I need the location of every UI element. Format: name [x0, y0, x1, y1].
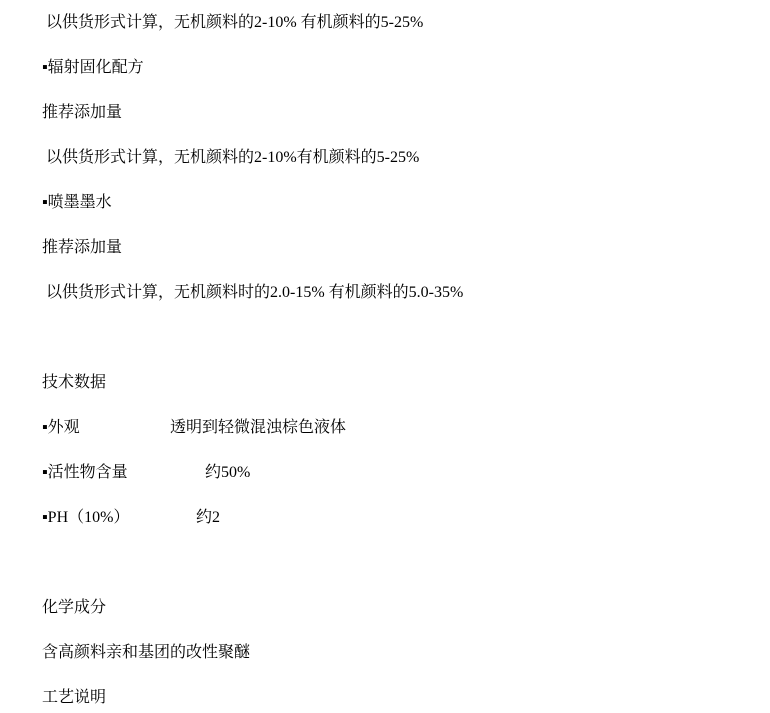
- dosage-note-radiation: 以供货形式计算，无机颜料的2-10%有机颜料的5-25%: [42, 135, 770, 180]
- spec-value: 约50%: [205, 450, 250, 495]
- document-lines: 以供货形式计算，无机颜料的2-10% 有机颜料的5-25%▪辐射固化配方推荐添加…: [42, 0, 770, 713]
- line-text: 推荐添加量: [42, 239, 122, 256]
- spec-label: ▪PH（10%）: [42, 509, 129, 526]
- line-text: 以供货形式计算，无机颜料的2-10% 有机颜料的5-25%: [42, 14, 423, 31]
- spec-label: ▪活性物含量: [42, 464, 128, 481]
- document-page: 以供货形式计算，无机颜料的2-10% 有机颜料的5-25%▪辐射固化配方推荐添加…: [0, 0, 770, 713]
- line-text: ▪辐射固化配方: [42, 59, 144, 76]
- recommended-dosage-heading-2: 推荐添加量: [42, 225, 770, 270]
- line-text: 工艺说明: [42, 689, 106, 706]
- bullet-radiation-curing: ▪辐射固化配方: [42, 45, 770, 90]
- line-text: 推荐添加量: [42, 104, 122, 121]
- line-text: 以供货形式计算，无机颜料时的2.0-15% 有机颜料的5.0-35%: [42, 284, 463, 301]
- spec-value: 约2: [196, 495, 220, 540]
- recommended-dosage-heading-1: 推荐添加量: [42, 90, 770, 135]
- spec-appearance: ▪外观透明到轻微混浊棕色液体: [42, 405, 770, 450]
- spec-ph: ▪PH（10%）约2: [42, 495, 770, 540]
- line-text: ▪喷墨墨水: [42, 194, 112, 211]
- heading-technical-data: 技术数据: [42, 360, 770, 405]
- bullet-inkjet-ink: ▪喷墨墨水: [42, 180, 770, 225]
- spec-value: 透明到轻微混浊棕色液体: [170, 405, 346, 450]
- spec-active-content: ▪活性物含量约50%: [42, 450, 770, 495]
- spec-label: ▪外观: [42, 419, 80, 436]
- dosage-note-inkjet: 以供货形式计算，无机颜料时的2.0-15% 有机颜料的5.0-35%: [42, 270, 770, 315]
- chemical-composition-text: 含高颜料亲和基团的改性聚醚: [42, 630, 770, 675]
- line-text: 化学成分: [42, 599, 106, 616]
- heading-chemical-composition: 化学成分: [42, 585, 770, 630]
- line-text: 技术数据: [42, 374, 106, 391]
- spacer-1: [42, 315, 770, 360]
- heading-process-instructions: 工艺说明: [42, 675, 770, 713]
- spacer-2: [42, 540, 770, 585]
- dosage-note-general: 以供货形式计算，无机颜料的2-10% 有机颜料的5-25%: [42, 0, 770, 45]
- line-text: 含高颜料亲和基团的改性聚醚: [42, 644, 250, 661]
- line-text: 以供货形式计算，无机颜料的2-10%有机颜料的5-25%: [42, 149, 419, 166]
